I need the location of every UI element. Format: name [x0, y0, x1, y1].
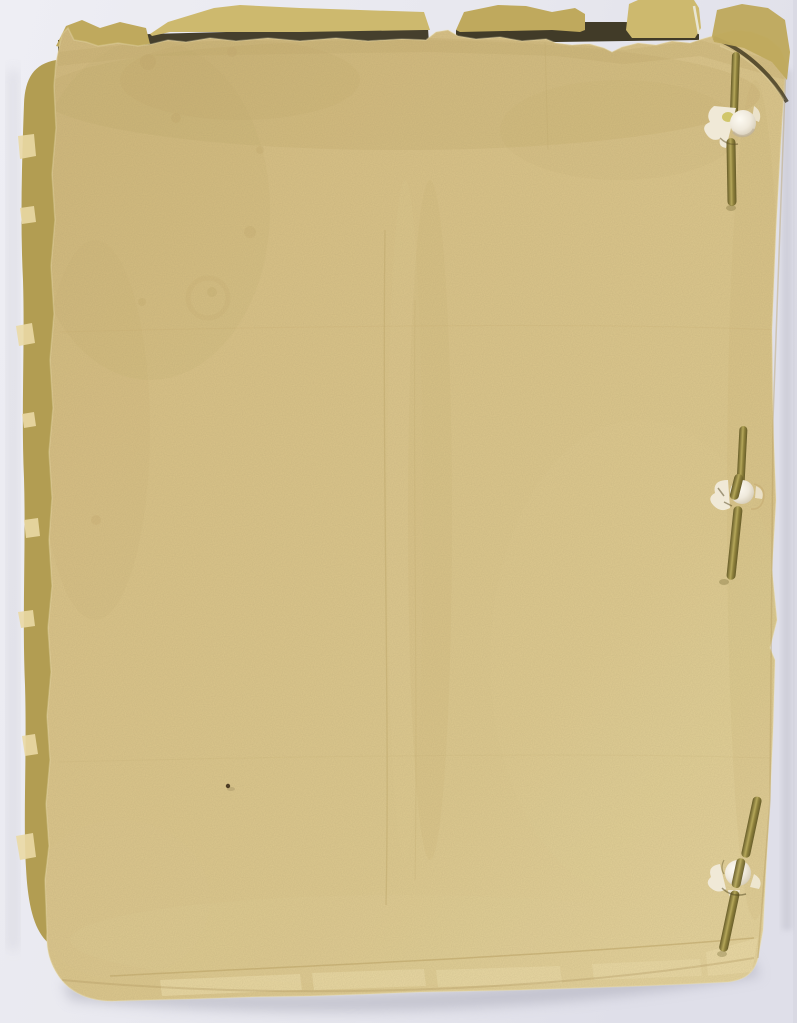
spine-chip: [18, 610, 35, 628]
spine-chip: [24, 518, 40, 538]
spine-chip: [22, 412, 36, 428]
cover-sheet: [0, 0, 797, 1023]
brad-lower-leg: [726, 138, 736, 206]
spine-chip: [18, 134, 36, 159]
spine-chip: [20, 206, 36, 224]
spine-chip: [16, 323, 35, 346]
right-shadow: [782, 70, 792, 930]
leg-tip-shadow: [726, 205, 736, 211]
scan-stage: Scanned back cover of an aged, blank man…: [0, 0, 797, 1023]
scanned-document-image: Scanned back cover of an aged, blank man…: [0, 0, 797, 1023]
backing-tab-top: [626, 0, 701, 38]
cover-surface-detail: [0, 0, 797, 1023]
paper-grain: [0, 0, 797, 1023]
left-shadow: [8, 70, 18, 950]
leg-tip-shadow: [717, 951, 727, 957]
leg-tip-shadow: [719, 579, 729, 585]
scan-edge-band: [793, 0, 797, 1023]
